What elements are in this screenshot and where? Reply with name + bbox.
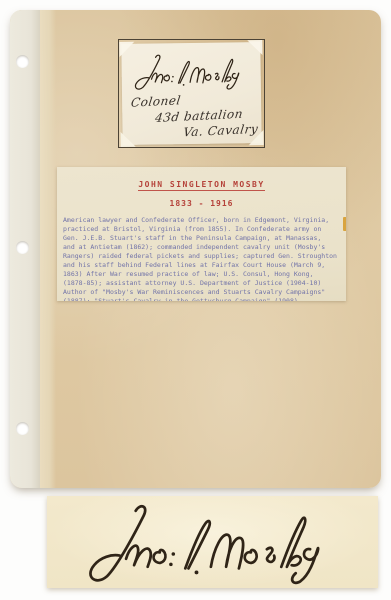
photo-stage: Colonel 43d battalion Va. Cavalry JOHN S… — [0, 0, 391, 600]
punch-hole — [16, 241, 29, 254]
photo-corner-mount — [121, 132, 136, 147]
inked-frame-border: Colonel 43d battalion Va. Cavalry — [118, 39, 265, 148]
punch-hole — [16, 55, 29, 68]
handwritten-branch: Va. Cavalry — [183, 123, 259, 139]
clipped-signature-card: Colonel 43d battalion Va. Cavalry — [121, 42, 261, 145]
punch-hole — [16, 422, 29, 435]
handwritten-rank: Colonel — [130, 94, 181, 108]
typed-biography-card: JOHN SINGLETON MOSBY 1833 - 1916 America… — [57, 167, 346, 301]
biography-title: JOHN SINGLETON MOSBY — [138, 180, 264, 191]
biography-body-text: American lawyer and Confederate Officer,… — [63, 216, 340, 301]
mosby-signature-small — [126, 50, 255, 92]
signature-closeup-strip — [47, 496, 378, 588]
orange-edge-mark — [343, 217, 346, 231]
mosby-signature-large — [53, 498, 372, 586]
glassine-interleaf-edge — [40, 10, 56, 488]
biography-dates: 1833 - 1916 — [63, 199, 340, 208]
handwritten-unit: 43d battalion — [154, 108, 243, 124]
album-page: Colonel 43d battalion Va. Cavalry JOHN S… — [10, 10, 381, 488]
